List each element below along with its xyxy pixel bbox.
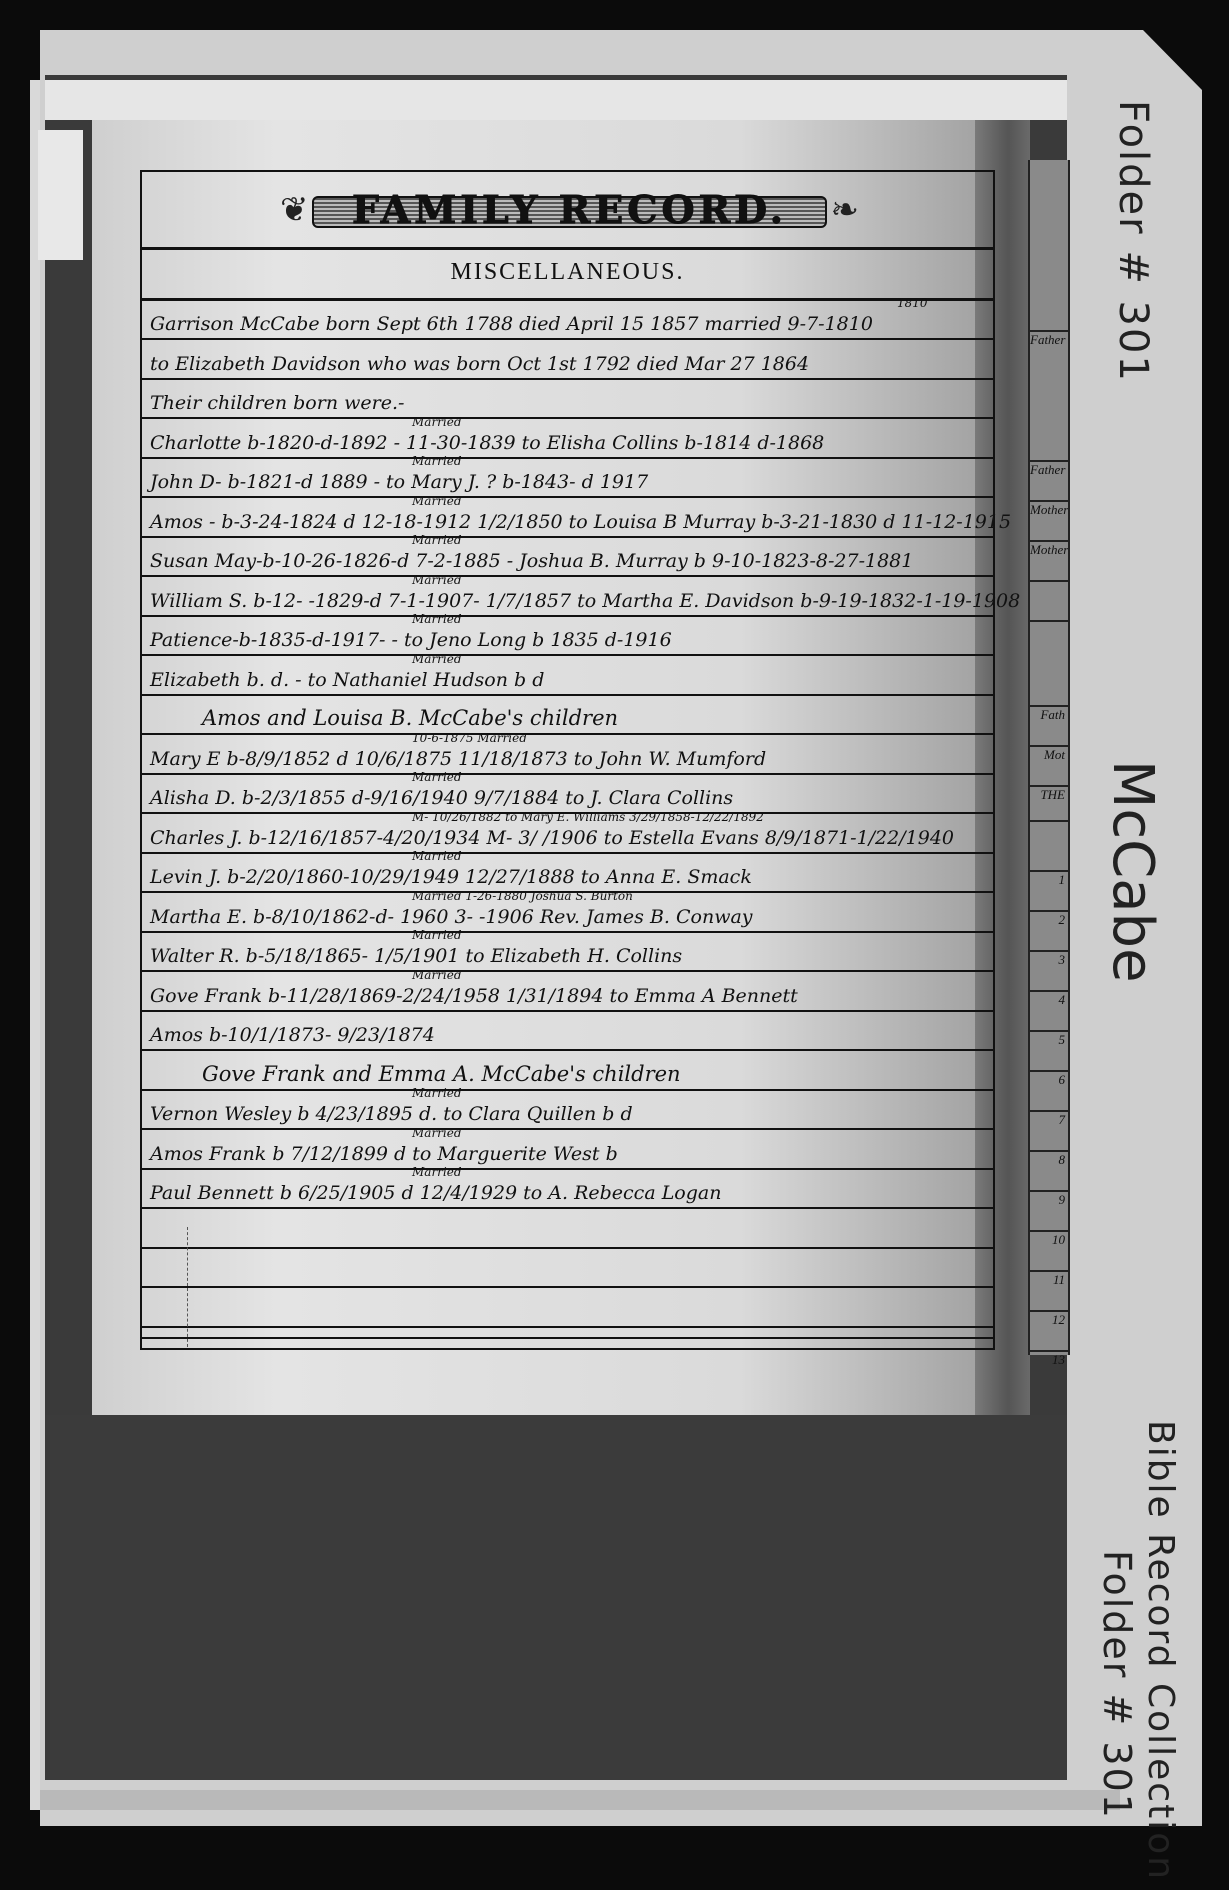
page-top-edge xyxy=(45,80,1067,120)
record-text: Walter R. b-5/18/1865- 1/5/1901 to Eliza… xyxy=(150,945,682,967)
adjacent-page-cell: 3 xyxy=(1030,950,1068,990)
adjacent-page-cell: 4 xyxy=(1030,990,1068,1030)
adjacent-page-column: Father FaFather MoMother FaMother MoFath… xyxy=(1028,160,1070,1355)
marginal-note: Married xyxy=(412,494,462,508)
subheading-text: Gove Frank and Emma A. McCabe's children xyxy=(202,1062,681,1086)
adjacent-page-cell xyxy=(1030,620,1068,660)
record-text: Alisha D. b-2/3/1855 d-9/16/1940 9/7/188… xyxy=(150,787,733,809)
marginal-note: Married xyxy=(412,849,462,863)
book-lower-cover xyxy=(45,1415,1067,1780)
family-record-banner: ❦ FAMILY RECORD. ❧ xyxy=(292,182,847,237)
marginal-note: Married xyxy=(412,533,462,547)
folder-number-label-bottom: Folder # 301 xyxy=(1095,1550,1139,1820)
record-text: Vernon Wesley b 4/23/1895 d. to Clara Qu… xyxy=(150,1103,633,1125)
adjacent-page-cell: Father Mo xyxy=(1030,460,1068,500)
surname-label: McCabe xyxy=(1100,760,1165,983)
record-text: William S. b-12- -1829-d 7-1-1907- 1/7/1… xyxy=(150,590,1020,612)
adjacent-page-cell: THE xyxy=(1030,785,1068,825)
record-line: Elizabeth b. d. - to Nathaniel Hudson b … xyxy=(142,656,993,696)
marginal-note: Married xyxy=(412,573,462,587)
record-line: John D- b-1821-d 1889 - to Mary J. ? b-1… xyxy=(142,458,993,498)
record-line xyxy=(142,1209,993,1249)
marginal-note: Married 1-26-1880 Joshua S. Burton xyxy=(412,889,633,903)
scroll-ornament-icon: ❦ xyxy=(280,190,309,230)
record-line: Vernon Wesley b 4/23/1895 d. to Clara Qu… xyxy=(142,1090,993,1130)
scroll-ornament-icon: ❧ xyxy=(831,190,860,230)
family-record-form: ❦ FAMILY RECORD. ❧ MISCELLANEOUS. Garris… xyxy=(140,170,995,1350)
marginal-note: Married xyxy=(412,770,462,784)
banner-title: FAMILY RECORD. xyxy=(352,187,787,232)
marginal-note: 10-6-1875 Married xyxy=(412,731,527,745)
marginal-note: Married xyxy=(412,652,462,666)
marginal-note: Married xyxy=(412,612,462,626)
record-text: Amos Frank b 7/12/1899 d to Marguerite W… xyxy=(150,1143,618,1165)
adjacent-page-cell: Father Fa xyxy=(1030,330,1068,370)
marginal-note: Married xyxy=(412,415,462,429)
record-line: Amos Frank b 7/12/1899 d to Marguerite W… xyxy=(142,1130,993,1170)
record-line: Levin J. b-2/20/1860-10/29/1949 12/27/18… xyxy=(142,853,993,893)
record-text: Susan May-b-10-26-1826-d 7-2-1885 - Josh… xyxy=(150,550,913,572)
section-title: MISCELLANEOUS. xyxy=(450,259,684,286)
record-text: Garrison McCabe born Sept 6th 1788 died … xyxy=(150,313,873,335)
record-line: Amos b-10/1/1873- 9/23/1874 xyxy=(142,1011,993,1051)
adjacent-page-cell: 8 xyxy=(1030,1150,1068,1190)
record-text: Paul Bennett b 6/25/1905 d 12/4/1929 to … xyxy=(150,1182,721,1204)
record-line: Amos - b-3-24-1824 d 12-18-1912 1/2/1850… xyxy=(142,498,993,538)
record-line: Walter R. b-5/18/1865- 1/5/1901 to Eliza… xyxy=(142,932,993,972)
record-text: Charlotte b-1820-d-1892 - 11-30-1839 to … xyxy=(150,432,824,454)
record-line xyxy=(142,1248,993,1288)
record-text: Their children born were.- xyxy=(150,392,404,414)
marginal-note: Married xyxy=(412,1126,462,1140)
adjacent-page-cell: Fath xyxy=(1030,705,1068,745)
marginal-note: Married xyxy=(412,1086,462,1100)
adjacent-page-cell: 6 xyxy=(1030,1070,1068,1110)
adjacent-page-cell: 10 xyxy=(1030,1230,1068,1270)
record-line: William S. b-12- -1829-d 7-1-1907- 1/7/1… xyxy=(142,577,993,617)
record-line: Garrison McCabe born Sept 6th 1788 died … xyxy=(142,300,993,340)
marginal-note: M- 10/26/1882 to Mary E. Williams 3/29/1… xyxy=(412,810,764,824)
record-text: Amos b-10/1/1873- 9/23/1874 xyxy=(150,1024,435,1046)
record-text: Martha E. b-8/10/1862-d- 1960 3- -1906 R… xyxy=(150,906,753,928)
adjacent-page-cell: 9 xyxy=(1030,1190,1068,1230)
adjacent-page-cell: 11 xyxy=(1030,1270,1068,1310)
adjacent-page-cell: 7 xyxy=(1030,1110,1068,1150)
record-text: Gove Frank b-11/28/1869-2/24/1958 1/31/1… xyxy=(150,985,798,1007)
marginal-note: 1810 xyxy=(897,296,928,310)
record-line: to Elizabeth Davidson who was born Oct 1… xyxy=(142,340,993,380)
record-text: Charles J. b-12/16/1857-4/20/1934 M- 3/ … xyxy=(150,827,954,849)
record-line: Patience-b-1835-d-1917- - to Jeno Long b… xyxy=(142,616,993,656)
record-text: Levin J. b-2/20/1860-10/29/1949 12/27/18… xyxy=(150,866,752,888)
record-text: Mary E b-8/9/1852 d 10/6/1875 11/18/1873… xyxy=(150,748,766,770)
record-line xyxy=(142,1288,993,1328)
margin-guide xyxy=(187,1227,188,1347)
adjacent-page-cell: 12 xyxy=(1030,1310,1068,1350)
record-text: to Elizabeth Davidson who was born Oct 1… xyxy=(150,353,809,375)
record-line: Susan May-b-10-26-1826-d 7-2-1885 - Josh… xyxy=(142,537,993,577)
record-line: Paul Bennett b 6/25/1905 d 12/4/1929 to … xyxy=(142,1169,993,1209)
section-subheading-line: Gove Frank and Emma A. McCabe's children xyxy=(142,1051,993,1091)
record-line: Mary E b-8/9/1852 d 10/6/1875 11/18/1873… xyxy=(142,735,993,775)
banner-row: ❦ FAMILY RECORD. ❧ xyxy=(142,172,993,250)
marginal-note: Married xyxy=(412,1165,462,1179)
book-spine-edge xyxy=(30,80,40,1810)
marginal-note: Married xyxy=(412,454,462,468)
adjacent-page-cell: 1 xyxy=(1030,870,1068,910)
record-line: Alisha D. b-2/3/1855 d-9/16/1940 9/7/188… xyxy=(142,774,993,814)
tape-tab xyxy=(38,130,83,260)
marginal-note: Married xyxy=(412,928,462,942)
record-line: Their children born were.- xyxy=(142,379,993,419)
subheading-text: Amos and Louisa B. McCabe's children xyxy=(202,706,618,730)
footer-rule xyxy=(142,1337,993,1339)
adjacent-page-cell: Mother Mo xyxy=(1030,540,1068,580)
folder-number-label: Folder # 301 xyxy=(1110,100,1156,383)
section-row: MISCELLANEOUS. xyxy=(142,247,993,301)
collection-label: Bible Record Collection xyxy=(1140,1420,1181,1881)
adjacent-page-cell: Mot xyxy=(1030,745,1068,785)
record-line: Martha E. b-8/10/1862-d- 1960 3- -1906 R… xyxy=(142,893,993,933)
folder-edge xyxy=(40,1790,1120,1810)
record-text: John D- b-1821-d 1889 - to Mary J. ? b-1… xyxy=(150,471,648,493)
record-text: Patience-b-1835-d-1917- - to Jeno Long b… xyxy=(150,629,672,651)
record-line: Charlotte b-1820-d-1892 - 11-30-1839 to … xyxy=(142,419,993,459)
record-text: Elizabeth b. d. - to Nathaniel Hudson b … xyxy=(150,669,544,691)
section-subheading-line: Amos and Louisa B. McCabe's children xyxy=(142,695,993,735)
adjacent-page-cell: 5 xyxy=(1030,1030,1068,1070)
adjacent-page-cell: 2 xyxy=(1030,910,1068,950)
adjacent-page-cell: 13 xyxy=(1030,1350,1068,1390)
adjacent-page-cell: Mother Fa xyxy=(1030,500,1068,540)
record-text: Amos - b-3-24-1824 d 12-18-1912 1/2/1850… xyxy=(150,511,1011,533)
adjacent-page-cell xyxy=(1030,580,1068,620)
record-line: Gove Frank b-11/28/1869-2/24/1958 1/31/1… xyxy=(142,972,993,1012)
marginal-note: Married xyxy=(412,968,462,982)
adjacent-page-cell xyxy=(1030,820,1068,860)
record-line: Charles J. b-12/16/1857-4/20/1934 M- 3/ … xyxy=(142,814,993,854)
